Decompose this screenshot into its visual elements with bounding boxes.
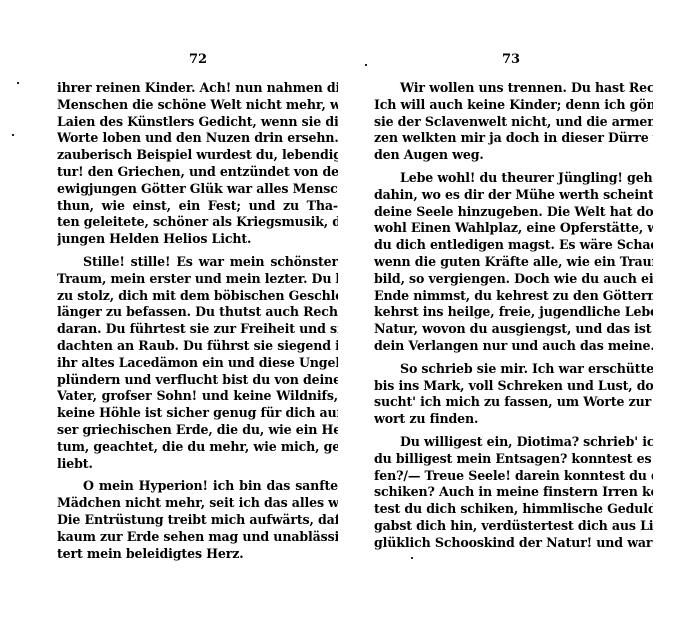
page-text: ihrer reinen Kinder. Ach! nun nahmen die… bbox=[57, 80, 338, 562]
text-line: thun, wie einst, ein Fest; und zu Tha- bbox=[57, 198, 338, 215]
text-line: fen?/— Treue Seele! darein konntest du d… bbox=[374, 468, 653, 485]
scan-speck bbox=[12, 134, 14, 136]
text-line: Ende nimmst, du kehrest zu den Göttern, bbox=[374, 288, 653, 305]
text-line: wohl Einen Wahlplaz, eine Opferstätte, w… bbox=[374, 220, 653, 237]
text-line: ihrer reinen Kinder. Ach! nun nahmen die bbox=[57, 80, 338, 97]
text-line: sie der Sclavenwelt nicht, und die armen… bbox=[374, 114, 653, 131]
scan-speck bbox=[365, 64, 367, 66]
text-line: glüklich Schooskind der Natur! und wards… bbox=[374, 535, 653, 552]
text-line: sucht' ich mich zu fassen, um Worte zur … bbox=[374, 394, 653, 411]
text-line: deine Seele hinzugeben. Die Welt hat doc… bbox=[374, 204, 653, 221]
page-text: Wir wollen uns trennen. Du hast Recht.Ic… bbox=[374, 80, 653, 552]
text-line: Stille! stille! Es war mein schönster bbox=[57, 254, 338, 271]
text-line: kaum zur Erde sehen mag und unablässig z… bbox=[57, 529, 338, 546]
text-line: bis ins Mark, voll Schreken und Lust, do… bbox=[374, 378, 653, 395]
text-line: zu stolz, dich mit dem böbischen Geschle… bbox=[57, 288, 338, 305]
text-line: bild, so vergiengen. Doch wie du auch ei… bbox=[374, 271, 653, 288]
text-line: Natur, wovon du ausgiengst, und das ist … bbox=[374, 321, 653, 338]
text-line: kehrst ins heilge, freie, jugendliche Le… bbox=[374, 304, 653, 321]
text-line: test du dich schiken, himmlische Geduld!… bbox=[374, 501, 653, 518]
text-line: ser griechischen Erde, die du, wie ein H… bbox=[57, 422, 338, 439]
text-line: Traum, mein erster und mein lezter. Du b… bbox=[57, 271, 338, 288]
text-line: du billigest mein Entsagen? konntest es … bbox=[374, 451, 653, 468]
text-line: So schrieb sie mir. Ich war erschüttert bbox=[374, 361, 653, 378]
text-line: O mein Hyperion! ich bin das sanfte bbox=[57, 478, 338, 495]
text-line: dahin, wo es dir der Mühe werth scheint, bbox=[374, 187, 653, 204]
page-number: 73 bbox=[491, 52, 531, 67]
text-line: Mädchen nicht mehr, seit ich das alles w… bbox=[57, 495, 338, 512]
text-line: schiken? Auch in meine finstern Irren ko… bbox=[374, 484, 653, 501]
text-line: dein Verlangen nur und auch das meine. bbox=[374, 338, 653, 355]
text-line: gabst dich hin, verdüstertest dich aus L… bbox=[374, 518, 653, 535]
text-line: jungen Helden Helios Licht. bbox=[57, 231, 338, 248]
text-line: Du willigest ein, Diotima? schrieb' ich, bbox=[374, 434, 653, 451]
text-line: wenn die guten Kräfte alle, wie ein Trau… bbox=[374, 254, 653, 271]
text-line: liebt. bbox=[57, 456, 338, 473]
text-line: ten geleitete, schöner als Kriegsmusik, … bbox=[57, 214, 338, 231]
text-line: ihr altes Lacedämon ein und diese Ungehe… bbox=[57, 355, 338, 372]
text-line: länger zu befassen. Du thutst auch Recht bbox=[57, 304, 338, 321]
scan-speck bbox=[411, 557, 413, 559]
text-line: tum, geachtet, die du mehr, wie mich, ge… bbox=[57, 439, 338, 456]
right-page: 73 Wir wollen uns trennen. Du hast Recht… bbox=[349, 0, 698, 621]
text-line: Wir wollen uns trennen. Du hast Recht. bbox=[374, 80, 653, 97]
text-line: tur! den Griechen, und entzündet von der bbox=[57, 164, 338, 181]
text-line: Worte loben und den Nuzen drin ersehn. E… bbox=[57, 130, 338, 147]
text-line: ewigjungen Götter Glük war alles Mensche… bbox=[57, 181, 338, 198]
text-line: den Augen weg. bbox=[374, 147, 653, 164]
text-line: Lebe wohl! du theurer Jüngling! geh du bbox=[374, 170, 653, 187]
text-line: tert mein beleidigtes Herz. bbox=[57, 546, 338, 563]
text-line: du dich entledigen magst. Es wäre Schade… bbox=[374, 237, 653, 254]
page-number: 72 bbox=[178, 52, 218, 67]
text-line: plündern und verflucht bist du von deine… bbox=[57, 372, 338, 389]
text-line: Die Entrüstung treibt mich aufwärts, daf… bbox=[57, 512, 338, 529]
text-line: Ich will auch keine Kinder; denn ich gön… bbox=[374, 97, 653, 114]
text-line: zauberisch Beispiel wurdest du, lebendig… bbox=[57, 147, 338, 164]
text-line: keine Höhle ist sicher genug für dich au… bbox=[57, 405, 338, 422]
text-line: daran. Du führtest sie zur Freiheit und … bbox=[57, 321, 338, 338]
text-line: Menschen die schöne Welt nicht mehr, wie bbox=[57, 97, 338, 114]
text-line: Laien des Künstlers Gedicht, wenn sie di… bbox=[57, 114, 338, 131]
text-line: dachten an Raub. Du führst sie siegend i… bbox=[57, 338, 338, 355]
text-line: wort zu finden. bbox=[374, 411, 653, 428]
text-line: Vater, grofser Sohn! und keine Wildnifs, bbox=[57, 388, 338, 405]
scan-speck bbox=[17, 82, 19, 84]
left-page: 72 ihrer reinen Kinder. Ach! nun nahmen … bbox=[0, 0, 349, 621]
text-line: zen welkten mir ja doch in dieser Dürre … bbox=[374, 130, 653, 147]
